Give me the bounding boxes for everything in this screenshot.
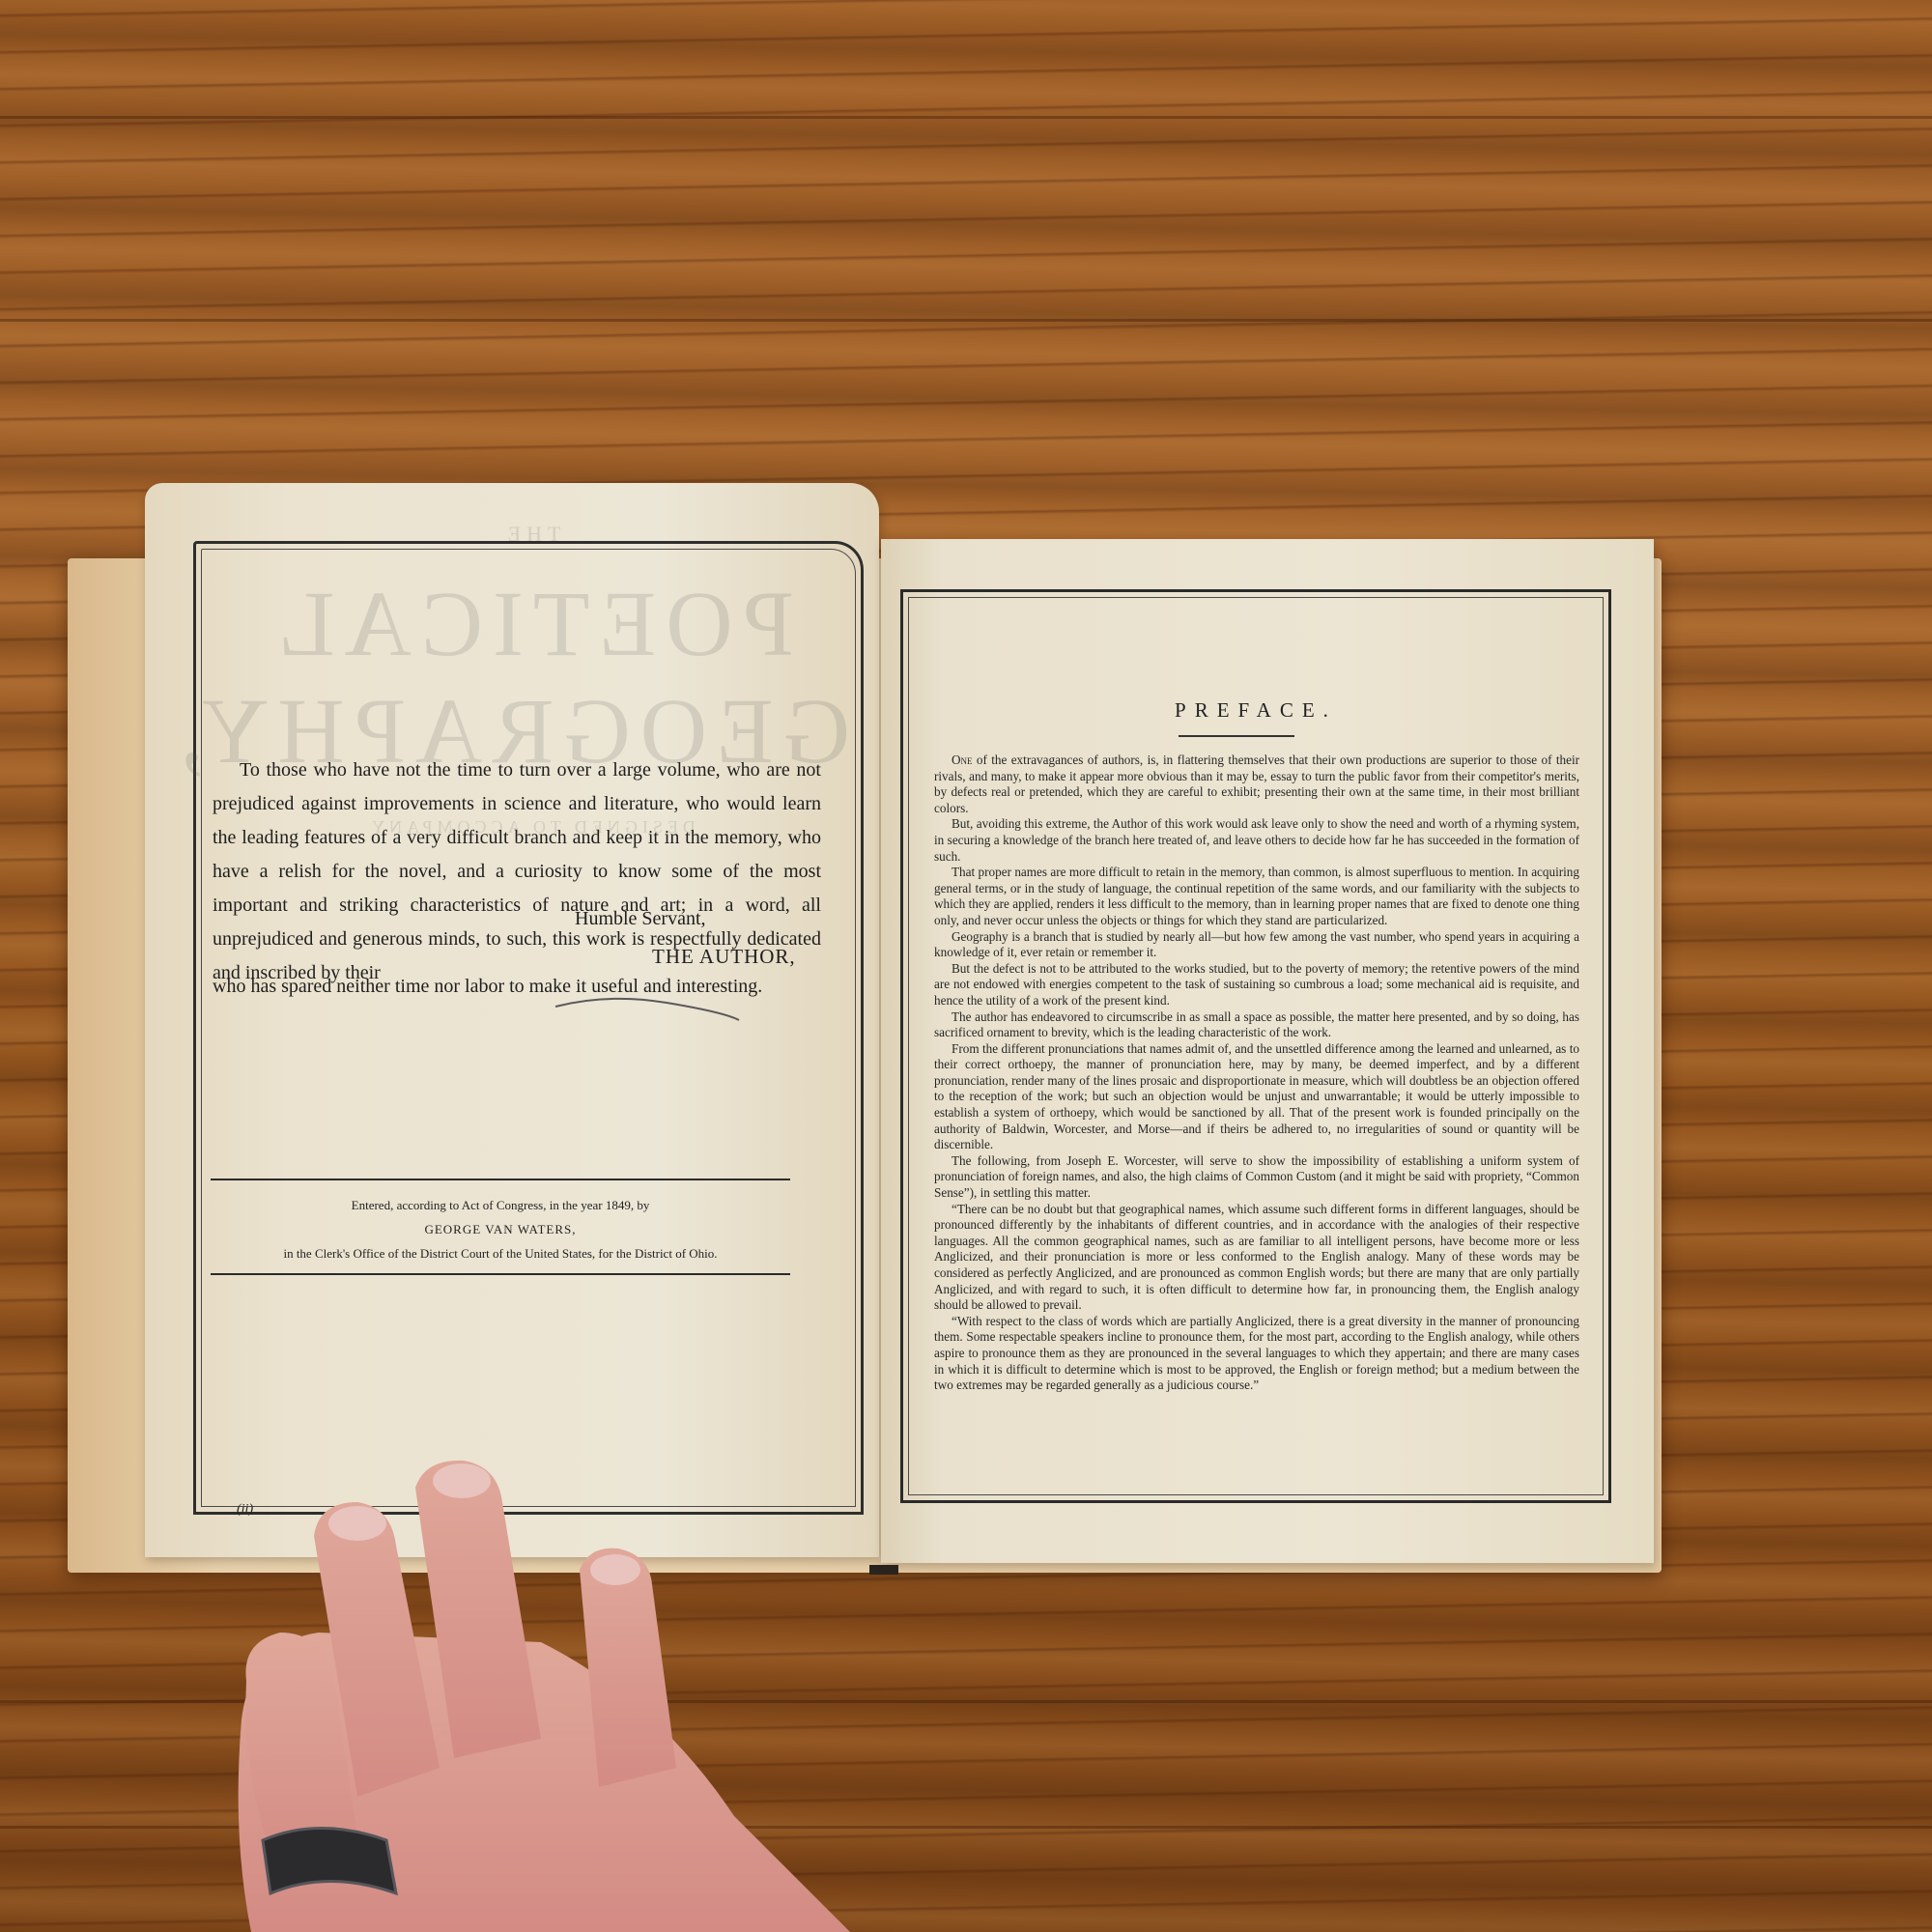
preface-title: PREFACE. (903, 698, 1608, 723)
wood-grain-line (0, 116, 1932, 119)
preface-paragraph: “There can be no doubt but that geograph… (934, 1202, 1579, 1314)
photo-scene: THE POETICAL GEOGRAPHY, DESIGNED TO ACCO… (0, 0, 1932, 1932)
preface-paragraph: “With respect to the class of words whic… (934, 1314, 1579, 1394)
dedication-signature: THE AUTHOR, (652, 945, 796, 969)
right-page-border: PREFACE. One of the extravagances of aut… (900, 589, 1611, 1503)
page-number: (ii) (237, 1502, 253, 1518)
preface-paragraph: The author has endeavored to circumscrib… (934, 1009, 1579, 1041)
copyright-rule-bottom (211, 1273, 790, 1275)
ring-icon (263, 1829, 396, 1894)
copyright-name: GEORGE VAN WATERS, (211, 1217, 790, 1241)
preface-paragraph: The following, from Joseph E. Worcester,… (934, 1153, 1579, 1202)
wood-grain-line (0, 319, 1932, 322)
drop-lead: One (952, 753, 973, 767)
preface-paragraph: But the defect is not to be attributed t… (934, 961, 1579, 1009)
preface-paragraph: But, avoiding this extreme, the Author o… (934, 816, 1579, 865)
preface-paragraph: That proper names are more difficult to … (934, 865, 1579, 928)
book-spine (869, 1565, 898, 1575)
copyright-line-3: in the Clerk's Office of the District Co… (211, 1241, 790, 1265)
preface-body: One of the extravagances of authors, is,… (934, 753, 1579, 1394)
wood-grain-line (0, 1826, 1932, 1829)
wood-grain-line (0, 1700, 1932, 1703)
left-page: THE POETICAL GEOGRAPHY, DESIGNED TO ACCO… (145, 483, 879, 1557)
copyright-line-1: Entered, according to Act of Congress, i… (211, 1193, 790, 1217)
pencil-underline-mark (551, 995, 744, 1024)
paragraph-text: of the extravagances of authors, is, in … (934, 753, 1579, 815)
copyright-notice: Entered, according to Act of Congress, i… (211, 1193, 790, 1265)
preface-title-rule (1179, 735, 1294, 737)
show-through-the: THE (213, 522, 850, 547)
preface-paragraph: One of the extravagances of authors, is,… (934, 753, 1579, 816)
copyright-rule-top (211, 1179, 790, 1180)
show-through-main-title: POETICAL GEOGRAPHY, (213, 570, 850, 784)
preface-paragraph: Geography is a branch that is studied by… (934, 929, 1579, 961)
right-page: PREFACE. One of the extravagances of aut… (881, 539, 1654, 1563)
dedication-closing: Humble Servant, (575, 908, 706, 930)
preface-paragraph: From the different pronunciations that n… (934, 1041, 1579, 1153)
